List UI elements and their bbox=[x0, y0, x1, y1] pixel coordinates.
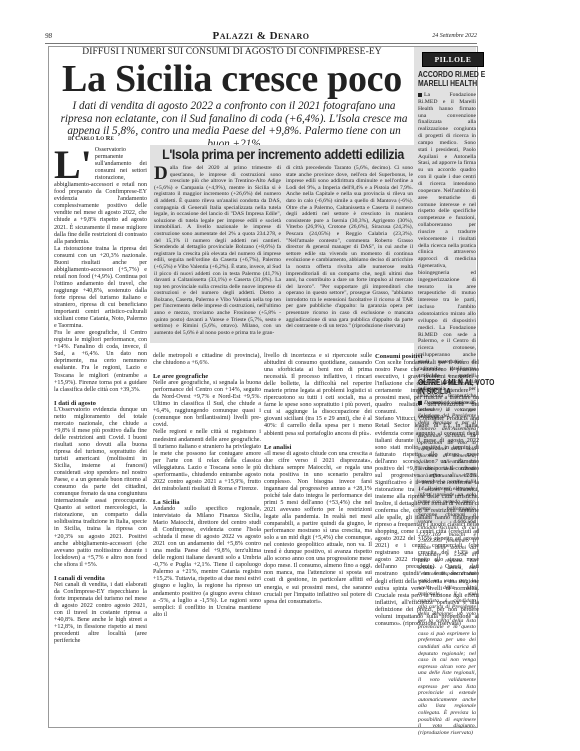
paragraph: Nei canali di vendita, i dati elaborati … bbox=[54, 582, 147, 645]
article-title: La Sicilia cresce poco bbox=[52, 60, 412, 98]
article-column-2: delle metropoli e cittadine di provincia… bbox=[153, 353, 261, 619]
box-column-1: Dalla fine del 2020 al primo trimestre d… bbox=[154, 165, 281, 336]
drop-cap: D bbox=[154, 166, 168, 182]
masthead: Palazzi & Denaro bbox=[45, 30, 477, 42]
sidebar-item-1-title: ACCORDO RI.MED E MARELLI HEALTH bbox=[418, 70, 495, 88]
paragraph: di città precedendo Taranto (5,6%, decim… bbox=[286, 165, 413, 330]
sidebar-item-2-text: Domani (domenica 25 settembre) si vota p… bbox=[418, 400, 476, 736]
page-header: 98 Palazzi & Denaro 24 Settembre 2022 bbox=[45, 30, 477, 44]
bullet-square-icon bbox=[418, 93, 422, 97]
sidebar-item-1-text: La Fondazione Ri.MED e il Marelli Health… bbox=[418, 92, 476, 421]
issue-date: 24 Settembre 2022 bbox=[432, 33, 477, 39]
highlight-box: L'Isola prima per incremento addetti edi… bbox=[150, 145, 416, 343]
sidebar-item-2-title: OLTRE 4 MLN AL VOTO IN SICILIA bbox=[418, 378, 495, 396]
paragraph: livello di incertezza e si ripercuote su… bbox=[264, 353, 372, 438]
box-title: L'Isola prima per incremento addetti edi… bbox=[161, 147, 406, 162]
section-heading: I dati di agosto bbox=[54, 400, 147, 407]
paragraph: Andando sullo specifico regionale, inter… bbox=[153, 506, 261, 619]
sidebar-section-label: PILLOLE bbox=[422, 52, 484, 67]
paragraph: Nelle aree geografiche, si segnala la bu… bbox=[153, 380, 261, 429]
paragraph: alla fine del 2020 al primo trimestre di… bbox=[154, 165, 281, 336]
paragraph: Nelle regioni e nelle città si registran… bbox=[153, 429, 261, 492]
article-kicker: DIFFUSI I NUMERI SUI CONSUMI DI AGOSTO D… bbox=[52, 47, 412, 57]
paragraph: L'Osservatorio evidenzia dunque un netto… bbox=[54, 407, 147, 569]
box-column-2: di città precedendo Taranto (5,6%, decim… bbox=[286, 165, 413, 330]
paragraph: La ristorazione traina la ripresa dei co… bbox=[54, 246, 147, 331]
paragraph: La Fondazione Ri.MED e il Marelli Health… bbox=[418, 92, 476, 420]
article-column-1: L'Osservatorio permanente sull'andamento… bbox=[54, 147, 147, 645]
paragraph: Fra le aree geografiche, il Centro regis… bbox=[54, 330, 147, 393]
article-column-3: livello di incertezza e si ripercuote su… bbox=[264, 353, 372, 606]
section-heading: I canali di vendita bbox=[54, 575, 147, 582]
section-heading: Le analisi bbox=[264, 444, 372, 451]
paragraph: delle metropoli e cittadine di provincia… bbox=[153, 353, 261, 367]
paragraph: «Il mese di agosto chiude con una cresci… bbox=[264, 451, 372, 606]
section-heading: La Sicilia bbox=[153, 499, 261, 506]
drop-cap: L' bbox=[54, 149, 92, 181]
paragraph: Domani (domenica 25 settembre) si vota p… bbox=[418, 400, 476, 736]
bullet-square-icon bbox=[418, 401, 422, 405]
article-byline: di Carlo Lo Re bbox=[68, 135, 114, 142]
article-lead: I dati di vendita di agosto 2022 a confr… bbox=[56, 100, 412, 150]
